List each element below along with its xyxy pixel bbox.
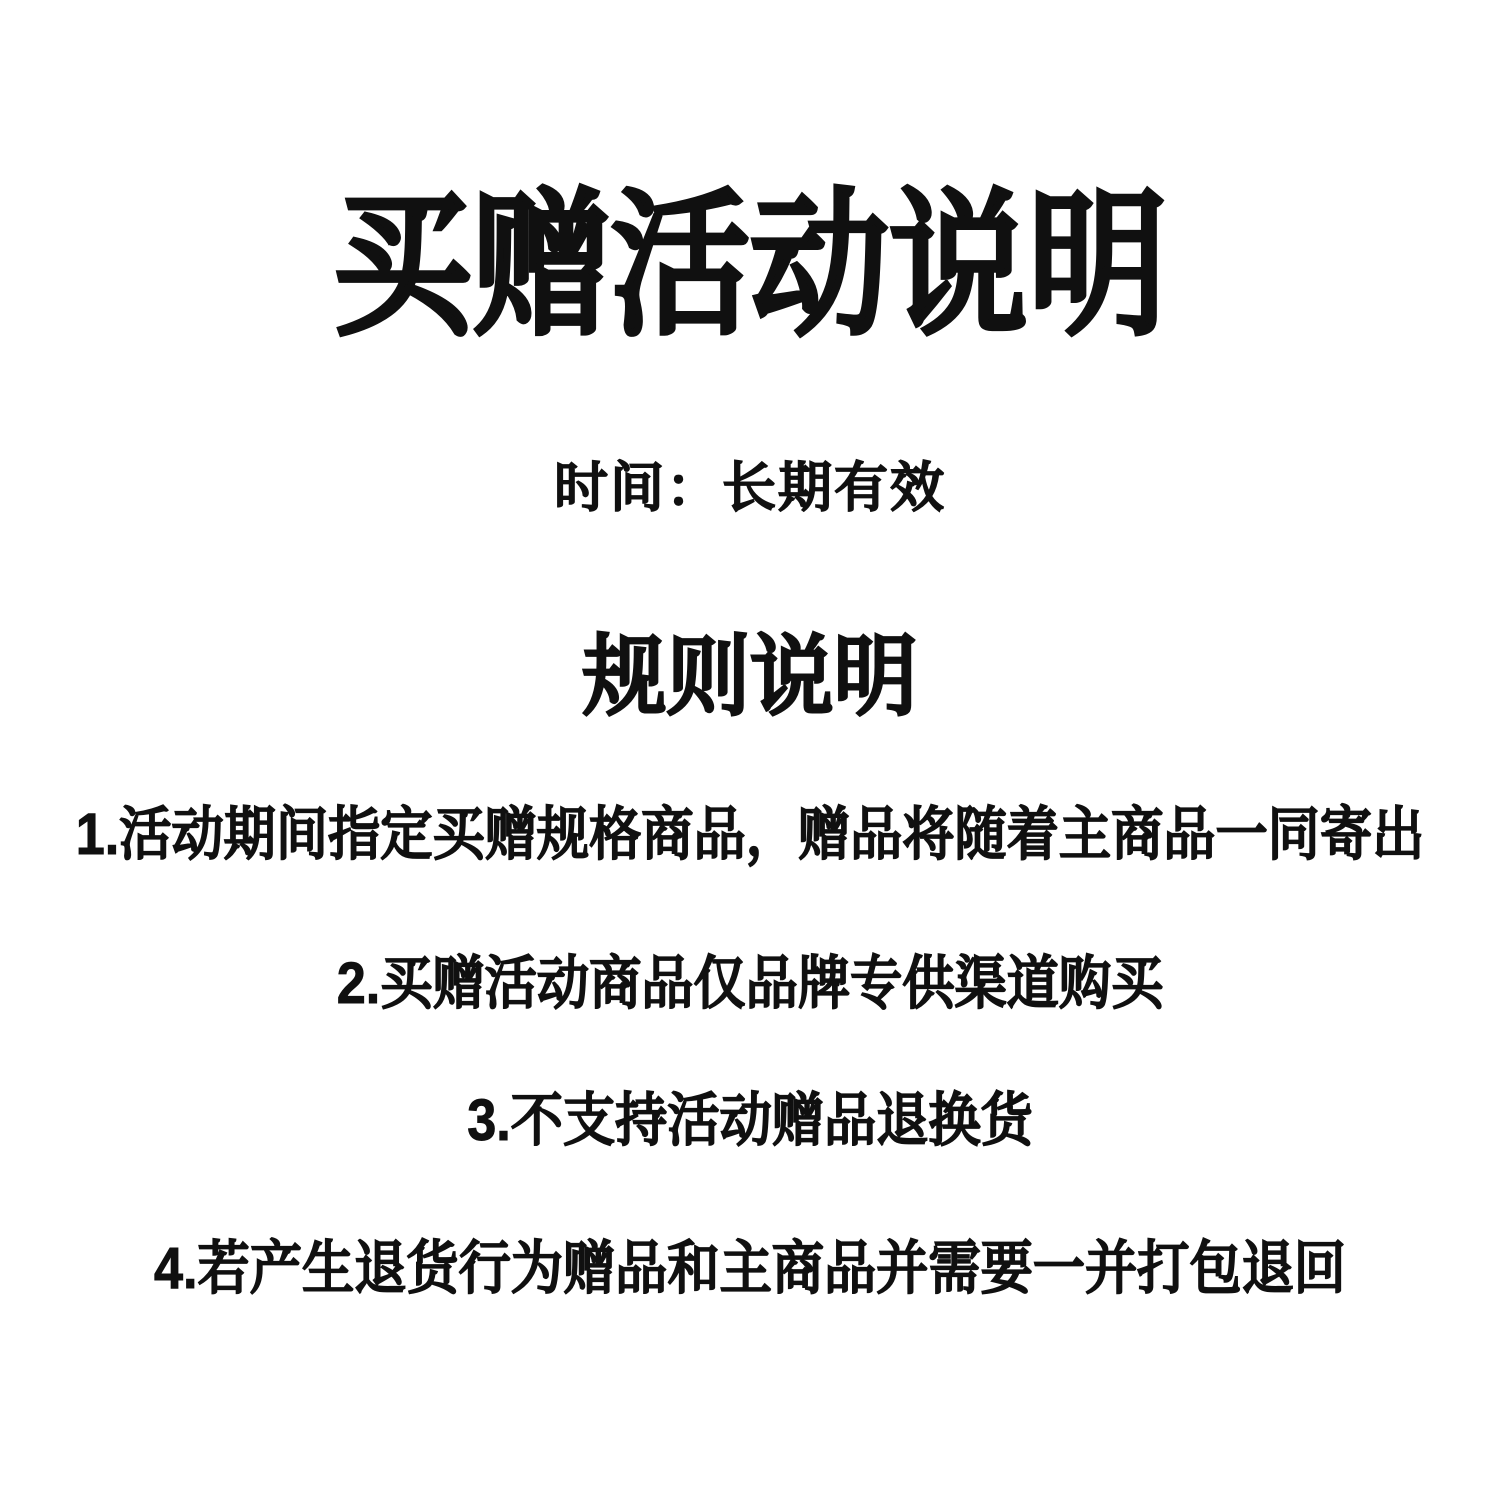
rule-item-3: 3.不支持活动赠品退换货 xyxy=(75,1092,1425,1150)
rule-item-1: 1.活动期间指定买赠规格商品，赠品将随着主商品一同寄出 xyxy=(75,806,1425,864)
time-label: 时间：长期有效 xyxy=(0,461,1500,515)
rule-item-2: 2.买赠活动商品仅品牌专供渠道购买 xyxy=(75,955,1425,1013)
rules-heading: 规则说明 xyxy=(38,633,1463,721)
page-title: 买赠活动说明 xyxy=(90,187,1410,345)
rule-item-4: 4.若产生退货行为赠品和主商品并需要一并打包退回 xyxy=(75,1240,1425,1298)
promo-notice-page: 买赠活动说明 时间：长期有效 规则说明 1.活动期间指定买赠规格商品，赠品将随着… xyxy=(0,0,1500,1500)
